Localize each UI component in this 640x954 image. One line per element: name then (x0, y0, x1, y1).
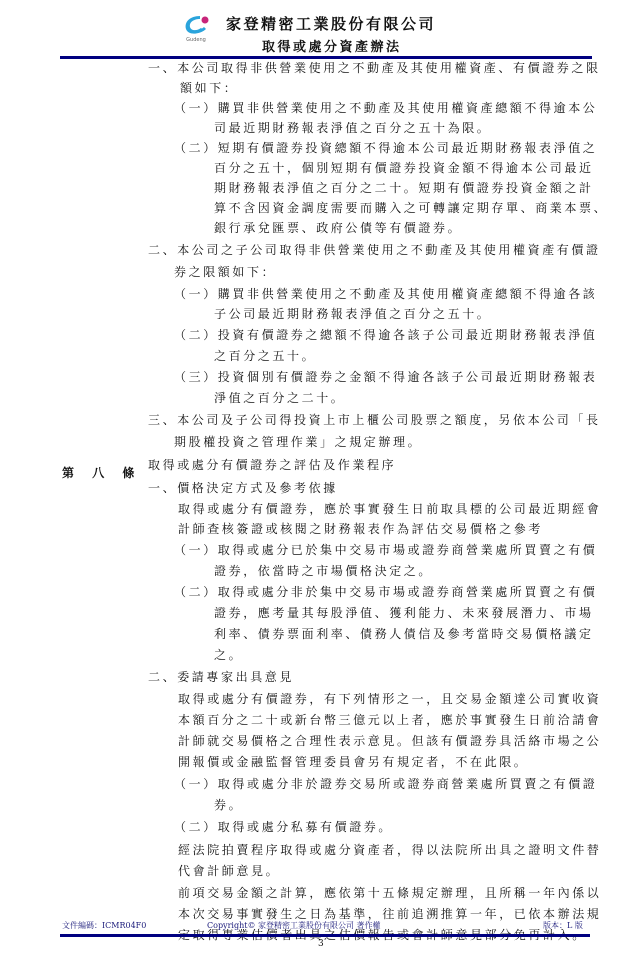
text-line: （一）取得或處分非於證券交易所或證券商營業處所買賣之有價證 (174, 776, 597, 792)
text-line: 開報價或金融監督管理委員會另有規定者，不在此限。 (178, 754, 528, 770)
footer-copyright: Copyright© 家登精密工業股份有限公司 著作權 (207, 920, 381, 931)
article-label: 第 八 條 (62, 465, 134, 481)
text-line: 經法院拍賣程序取得或處分資產者，得以法院所出具之證明文件替 (178, 842, 601, 858)
text-line: 百分之五十，個別短期有價證券投資金額不得逾本公司最近 (214, 160, 594, 176)
text-line: （三）投資個別有價證券之金額不得逾各該子公司最近期財務報表 (174, 369, 597, 385)
text-line: 計師就交易價格之合理性表示意見。但該有價證券具活絡市場之公 (178, 733, 601, 749)
logo-wordmark: Gudeng (178, 37, 214, 43)
text-line: （一）取得或處分已於集中交易市場或證券商營業處所買賣之有價 (174, 542, 597, 558)
text-line: 一、價格決定方式及參考依據 (148, 480, 338, 496)
text-line: 之。 (214, 647, 243, 663)
header-rule (60, 56, 592, 59)
text-line: 證券，依當時之市場價格決定之。 (214, 563, 433, 579)
text-line: 前項交易金額之計算，應依第十五條規定辦理，且所稱一年內係以 (178, 885, 601, 901)
text-line: 額如下： (180, 80, 238, 96)
text-line: 期財務報表淨值之百分之二十。短期有價證券投資金額之計 (214, 180, 594, 196)
text-line: 銀行承兌匯票、政府公債等有價證券。 (214, 220, 462, 236)
text-line: 取得或處分有價證券，有下列情形之一，且交易金額達公司實收資 (178, 691, 601, 707)
text-line: 司最近期財務報表淨值之百分之五十為限。 (214, 120, 491, 136)
text-line: （二）短期有價證券投資總額不得逾本公司最近期財務報表淨值之 (174, 140, 597, 156)
footer-doc-code: 文件編碼：ICMR04F0 (62, 920, 146, 931)
article-label-char: 條 (122, 465, 134, 481)
text-line: 一、本公司取得非供營業使用之不動產及其使用權資產、有價證券之限 (148, 60, 601, 76)
text-line: 本額百分之二十或新台幣三億元以上者，應於事實發生日前洽請會 (178, 712, 601, 728)
text-line: 期股權投資之管理作業」之規定辦理。 (174, 434, 422, 450)
page-number: 3 (318, 939, 324, 949)
text-line: 算不含因資金調度需要而購入之可轉讓定期存單、商業本票、 (214, 200, 608, 216)
article-label-char: 第 (62, 465, 74, 481)
article-label-char: 八 (92, 465, 104, 481)
text-line: 代會計師意見。 (178, 863, 280, 879)
text-line: 子公司最近期財務報表淨值之百分之五十。 (214, 306, 491, 322)
text-line: 之百分之五十。 (214, 348, 316, 364)
text-line: （二）取得或處分非於集中交易市場或證券商營業處所買賣之有價 (174, 584, 597, 600)
text-line: 淨值之百分之二十。 (214, 390, 345, 406)
text-line: （二）取得或處分私募有價證券。 (174, 819, 393, 835)
text-line: 利率、債券票面利率、債務人債信及參考當時交易價格議定 (214, 626, 594, 642)
text-line: 計師查核簽證或核閱之財務報表作為評估交易價格之參考 (178, 521, 543, 537)
logo-icon (182, 14, 210, 36)
text-line: 券之限額如下： (174, 264, 276, 280)
text-line: 券。 (214, 797, 243, 813)
company-logo: Gudeng (178, 12, 214, 48)
company-name: 家登精密工業股份有限公司 (226, 13, 436, 34)
text-line: （一）購買非供營業使用之不動產及其使用權資產總額不得逾各該 (174, 286, 597, 302)
text-line: （二）投資有價證券之總額不得逾各該子公司最近期財務報表淨值 (174, 327, 597, 343)
text-line: 三、本公司及子公司得投資上市上櫃公司股票之額度，另依本公司「長 (148, 412, 601, 428)
text-line: 二、委請專家出具意見 (148, 669, 294, 685)
text-line: 取得或處分有價證券，應於事實發生日前取具標的公司最近期經會 (178, 501, 601, 517)
page-header: Gudeng 家登精密工業股份有限公司 取得或處分資產辦法 (0, 0, 640, 60)
text-line: 二、本公司之子公司取得非供營業使用之不動產及其使用權資產有價證 (148, 242, 601, 258)
text-line: 取得或處分有價證券之評估及作業程序 (148, 457, 396, 473)
document-title: 取得或處分資產辦法 (262, 36, 402, 55)
text-line: 證券，應考量其每股淨值、獲利能力、未來發展潛力、市場 (214, 605, 594, 621)
text-line: （一）購買非供營業使用之不動產及其使用權資產總額不得逾本公 (174, 100, 597, 116)
footer-version: 版本：L 版 (543, 920, 583, 931)
footer-rule (60, 934, 590, 937)
